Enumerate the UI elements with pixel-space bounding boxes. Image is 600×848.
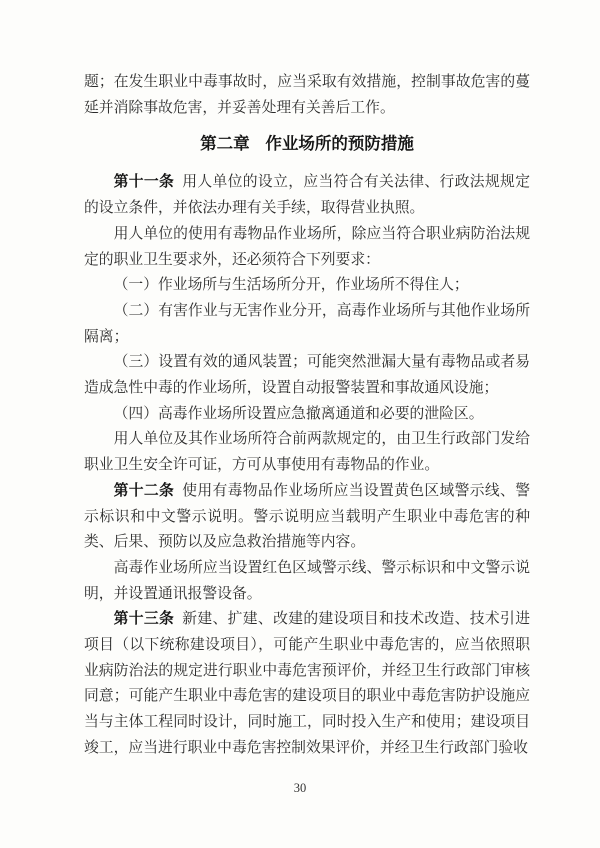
paragraph: 第十二条使用有毒物品作业场所应当设置黄色区域警示线、警示标识和中文警示说明。警示…: [84, 479, 530, 556]
paragraph-text: （一）作业场所与生活场所分开，作业场所不得住人；: [114, 277, 469, 293]
page-number: 30: [0, 781, 600, 796]
paragraph-text: 用人单位及其作业场所符合前两款规定的，由卫生行政部门发给职业卫生安全许可证，方可…: [84, 431, 530, 473]
chapter-title: 作业场所的预防措施: [265, 135, 414, 153]
paragraph: （四）高毒作业场所设置应急撤离通道和必要的泄险区。: [84, 402, 530, 428]
chapter-number: 第二章: [200, 135, 250, 153]
chapter-heading: 第二章作业场所的预防措施: [84, 131, 530, 157]
paragraph-text: 题；在发生职业中毒事故时，应当采取有效措施，控制事故危害的蔓延并消除事故危害，并…: [84, 74, 530, 116]
paragraph: 用人单位及其作业场所符合前两款规定的，由卫生行政部门发给职业卫生安全许可证，方可…: [84, 427, 530, 478]
paragraph: 高毒作业场所应当设置红色区域警示线、警示标识和中文警示说明，并设置通讯报警设备。: [84, 556, 530, 607]
document-page: 题；在发生职业中毒事故时，应当采取有效措施，控制事故危害的蔓延并消除事故危害，并…: [0, 0, 600, 848]
paragraph: （二）有害作业与无害作业分开，高毒作业场所与其他作业场所隔离；: [84, 299, 530, 350]
article-number: 第十三条: [114, 611, 175, 627]
paragraph-text: （二）有害作业与无害作业分开，高毒作业场所与其他作业场所隔离；: [84, 303, 530, 345]
paragraph-text: 用人单位的使用有毒物品作业场所，除应当符合职业病防治法规定的职业卫生要求外，还必…: [84, 226, 530, 268]
article-number: 第十二条: [114, 483, 175, 499]
paragraph: 用人单位的使用有毒物品作业场所，除应当符合职业病防治法规定的职业卫生要求外，还必…: [84, 222, 530, 273]
paragraph: （三）设置有效的通风装置；可能突然泄漏大量有毒物品或者易造成急性中毒的作业场所，…: [84, 350, 530, 401]
paragraph-text: （三）设置有效的通风装置；可能突然泄漏大量有毒物品或者易造成急性中毒的作业场所，…: [84, 354, 530, 396]
paragraph: 第十一条用人单位的设立，应当符合有关法律、行政法规规定的设立条件，并依法办理有关…: [84, 170, 530, 221]
paragraph: 第十三条新建、扩建、改建的建设项目和技术改造、技术引进项目（以下统称建设项目），…: [84, 607, 530, 761]
article-number: 第十一条: [114, 174, 175, 190]
paragraph-text: 高毒作业场所应当设置红色区域警示线、警示标识和中文警示说明，并设置通讯报警设备。: [84, 560, 530, 602]
paragraph-text: （四）高毒作业场所设置应急撤离通道和必要的泄险区。: [114, 406, 484, 422]
continuation-paragraph: 题；在发生职业中毒事故时，应当采取有效措施，控制事故危害的蔓延并消除事故危害，并…: [84, 70, 530, 121]
paragraph-text: 新建、扩建、改建的建设项目和技术改造、技术引进项目（以下统称建设项目），可能产生…: [84, 611, 530, 756]
document-text-block: 题；在发生职业中毒事故时，应当采取有效措施，控制事故危害的蔓延并消除事故危害，并…: [84, 70, 530, 762]
paragraph: （一）作业场所与生活场所分开，作业场所不得住人；: [84, 273, 530, 299]
